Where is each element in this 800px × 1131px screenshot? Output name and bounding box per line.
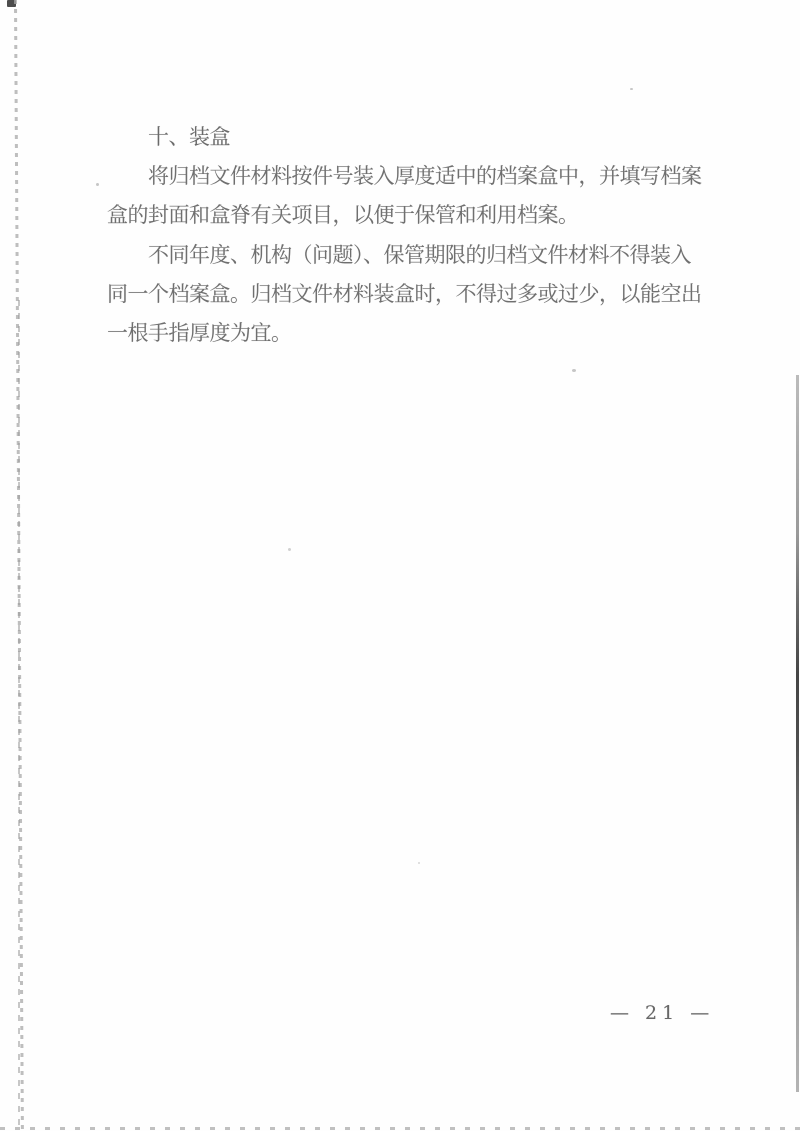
scan-artifact-speck: [572, 369, 576, 372]
scan-artifact-speck: [96, 183, 99, 186]
scan-artifact-bottom-edge-line: [0, 1127, 800, 1130]
scan-artifact-speck: [288, 548, 291, 551]
section-heading: 十、装盒: [107, 124, 230, 151]
scan-artifact-speck: [418, 862, 420, 864]
paragraph1-line2: 盒的封面和盒脊有关项目，以便于保管和利用档案。: [107, 202, 579, 229]
paragraph1-line1: 将归档文件材料按件号装入厚度适中的档案盒中，并填写档案: [107, 163, 702, 190]
scan-artifact-speck: [630, 88, 633, 90]
scan-artifact-left-edge-line-secondary: [18, 300, 20, 1131]
paragraph2-line2: 同一个档案盒。归档文件材料装盒时，不得过多或过少，以能空出: [107, 281, 702, 308]
scan-artifact-right-edge-line: [796, 375, 799, 1092]
paragraph2-line1: 不同年度、机构（问题）、保管期限的归档文件材料不得装入: [107, 242, 691, 269]
scanned-document-page: 十、装盒 将归档文件材料按件号装入厚度适中的档案盒中，并填写档案 盒的封面和盒脊…: [0, 0, 800, 1131]
page-number: — 21 —: [610, 1002, 714, 1024]
paragraph2-line3: 一根手指厚度为宜。: [107, 320, 292, 347]
